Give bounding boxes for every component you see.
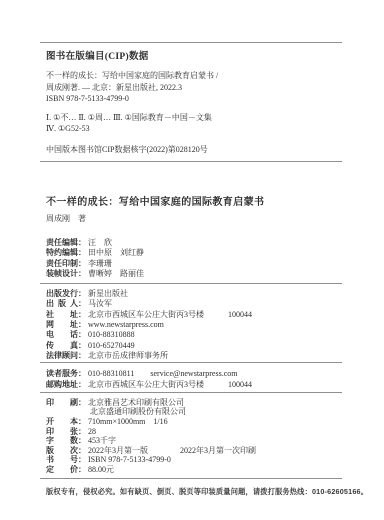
field-label: 出版人 <box>46 299 78 309</box>
field-label: 责任编辑 <box>46 238 78 248</box>
reader-service-row: 邮购地址：北京市西城区车公庄大街丙3号楼 100044 <box>46 380 340 390</box>
label-colon: ： <box>78 351 86 360</box>
phone-number: 010-88310888 <box>88 330 135 339</box>
cip-class-line: Ⅰ. ①不… Ⅱ. ①周… Ⅲ. ①国际教育－中国－文集 <box>46 112 340 124</box>
credit-row: 责任印制：李珊珊 <box>46 259 340 269</box>
cip-class-line: Ⅳ. ①G52-53 <box>46 123 340 135</box>
cip-header: 图书在版编目(CIP)数据 <box>46 48 340 62</box>
label-colon: ： <box>78 398 86 407</box>
cip-record-number: 中国版本图书馆CIP数据核字(2022)第028120号 <box>46 144 340 156</box>
field-value: 汪 欣 <box>88 238 112 247</box>
label-colon: ： <box>78 320 86 329</box>
credit-row: 装帧设计：曹晰婷 路丽佳 <box>46 269 340 279</box>
publishing-row: 传真：010-65270449 <box>46 341 340 351</box>
format-value: 710mm×1000mm 1/16 <box>88 417 168 426</box>
publishing-row: 法律顾问：北京市岳成律师事务所 <box>46 351 340 361</box>
field-label: 责任印制 <box>46 259 78 269</box>
mail-address: 北京市西城区车公庄大街丙3号楼 100044 <box>88 380 252 389</box>
field-label: 特约编辑 <box>46 248 78 258</box>
field-label: 印张 <box>46 427 78 437</box>
printing-row: 定价：88.00元 <box>46 465 340 475</box>
reader-service-row: 读者服务：010-88310811 service@newstarpress.c… <box>46 369 340 379</box>
label-colon: ： <box>78 446 86 455</box>
cip-isbn-line: ISBN 978-7-5133-4799-0 <box>46 93 340 105</box>
field-value: 田中原 刘红静 <box>88 248 144 257</box>
field-value: 曹晰婷 路丽佳 <box>88 269 144 278</box>
label-colon: ： <box>78 436 86 445</box>
label-colon: ： <box>78 417 86 426</box>
label-colon: ： <box>78 465 86 474</box>
credit-row: 责任编辑：汪 欣 <box>46 238 340 248</box>
label-colon: ： <box>78 238 86 247</box>
cip-line: 不一样的成长：写给中国家庭的国际教育启蒙书 / <box>46 70 340 82</box>
field-label: 字数 <box>46 436 78 446</box>
label-colon: ： <box>78 289 86 298</box>
publishing-row: 出版人：马汝军 <box>46 299 340 309</box>
field-label: 书号 <box>46 455 78 465</box>
isbn-number: ISBN 978-7-5133-4799-0 <box>88 455 171 464</box>
label-colon: ： <box>78 259 86 268</box>
publishing-section: 出版发行：新星出版社 出版人：马汝军 社址：北京市西城区车公庄大街丙3号楼 10… <box>40 289 342 361</box>
publishing-row: 网址：www.newstarpress.com <box>46 320 340 330</box>
field-label: 邮购地址 <box>46 380 78 390</box>
section-divider <box>40 392 342 393</box>
field-label: 开本 <box>46 417 78 427</box>
field-label: 社址 <box>46 310 78 320</box>
printer-name: 北京盛通印刷股份有限公司 <box>90 407 186 416</box>
field-label: 版次 <box>46 446 78 456</box>
section-divider <box>40 362 342 363</box>
cip-section: 图书在版编目(CIP)数据 不一样的成长：写给中国家庭的国际教育启蒙书 / 周成… <box>40 48 342 155</box>
reader-service-section: 读者服务：010-88310811 service@newstarpress.c… <box>40 369 342 390</box>
field-label: 印刷 <box>46 398 78 408</box>
book-author: 周成刚 著 <box>46 213 340 224</box>
website-url: www.newstarpress.com <box>88 320 164 329</box>
printing-row-continuation: 北京盛通印刷股份有限公司 <box>46 407 340 417</box>
field-value: 北京市岳成律师事务所 <box>88 351 168 360</box>
field-label: 装帧设计 <box>46 269 78 279</box>
cip-description: 不一样的成长：写给中国家庭的国际教育启蒙书 / 周成刚著. — 北京：新星出版社… <box>46 70 340 105</box>
field-label: 出版发行 <box>46 289 78 299</box>
field-value: 马汝军 <box>88 299 112 308</box>
section-divider-top <box>40 42 342 43</box>
credit-row: 特约编辑：田中原 刘红静 <box>46 248 340 258</box>
label-colon: ： <box>78 330 86 339</box>
label-colon: ： <box>78 299 86 308</box>
section-divider <box>40 283 342 284</box>
service-contact: 010-88310811 service@newstarpress.com <box>88 369 237 378</box>
section-divider-bottom <box>40 478 342 479</box>
cip-line: 周成刚著. — 北京：新星出版社, 2022.3 <box>46 82 340 94</box>
edition-info: 2022年3月第一版 2022年3月第一次印刷 <box>88 446 256 455</box>
title-block: 不一样的成长：写给中国家庭的国际教育启蒙书 周成刚 著 <box>40 193 342 224</box>
word-count: 453千字 <box>88 436 116 445</box>
printing-row: 印刷：北京雅昌艺术印刷有限公司 <box>46 398 340 408</box>
publishing-row: 电话：010-88310888 <box>46 330 340 340</box>
field-label: 法律顾问 <box>46 351 78 361</box>
label-colon: ： <box>78 269 86 278</box>
publishing-row: 出版发行：新星出版社 <box>46 289 340 299</box>
credits-section: 责任编辑：汪 欣 特约编辑：田中原 刘红静 责任印制：李珊珊 装帧设计：曹晰婷 … <box>40 238 342 279</box>
label-colon: ： <box>78 310 86 319</box>
price-value: 88.00元 <box>88 465 114 474</box>
field-label: 读者服务 <box>46 369 78 379</box>
fax-number: 010-65270449 <box>88 341 135 350</box>
printing-row: 书号：ISBN 978-7-5133-4799-0 <box>46 455 340 465</box>
field-value: 李珊珊 <box>88 259 112 268</box>
printing-row: 版次：2022年3月第一版 2022年3月第一次印刷 <box>46 446 340 456</box>
label-colon: ： <box>78 455 86 464</box>
section-divider <box>40 161 342 162</box>
field-label: 传真 <box>46 341 78 351</box>
field-value: 北京市西城区车公庄大街丙3号楼 100044 <box>88 310 252 319</box>
field-label: 定价 <box>46 465 78 475</box>
printing-section: 印刷：北京雅昌艺术印刷有限公司 北京盛通印刷股份有限公司 开本：710mm×10… <box>40 398 342 475</box>
book-title: 不一样的成长：写给中国家庭的国际教育启蒙书 <box>46 193 340 208</box>
cip-classification: Ⅰ. ①不… Ⅱ. ①周… Ⅲ. ①国际教育－中国－文集 Ⅳ. ①G52-53 <box>46 112 340 135</box>
copyright-page: 图书在版编目(CIP)数据 不一样的成长：写给中国家庭的国际教育启蒙书 / 周成… <box>0 0 384 520</box>
label-colon: ： <box>78 380 86 389</box>
label-colon: ： <box>78 427 86 436</box>
printing-row: 字数：453千字 <box>46 436 340 446</box>
label-colon: ： <box>78 341 86 350</box>
label-colon: ： <box>78 248 86 257</box>
publishing-row: 社址：北京市西城区车公庄大街丙3号楼 100044 <box>46 310 340 320</box>
copyright-notice: 版权专有，侵权必究。如有缺页、倒页、脱页等印装质量问题，请拨打服务热线：010-… <box>40 487 342 497</box>
printing-row: 印张：28 <box>46 427 340 437</box>
label-colon: ： <box>78 369 86 378</box>
field-label: 电话 <box>46 330 78 340</box>
field-label: 网址 <box>46 320 78 330</box>
printer-name: 北京雅昌艺术印刷有限公司 <box>88 398 184 407</box>
printing-row: 开本：710mm×1000mm 1/16 <box>46 417 340 427</box>
sheet-count: 28 <box>88 427 96 436</box>
field-value: 新星出版社 <box>88 289 128 298</box>
